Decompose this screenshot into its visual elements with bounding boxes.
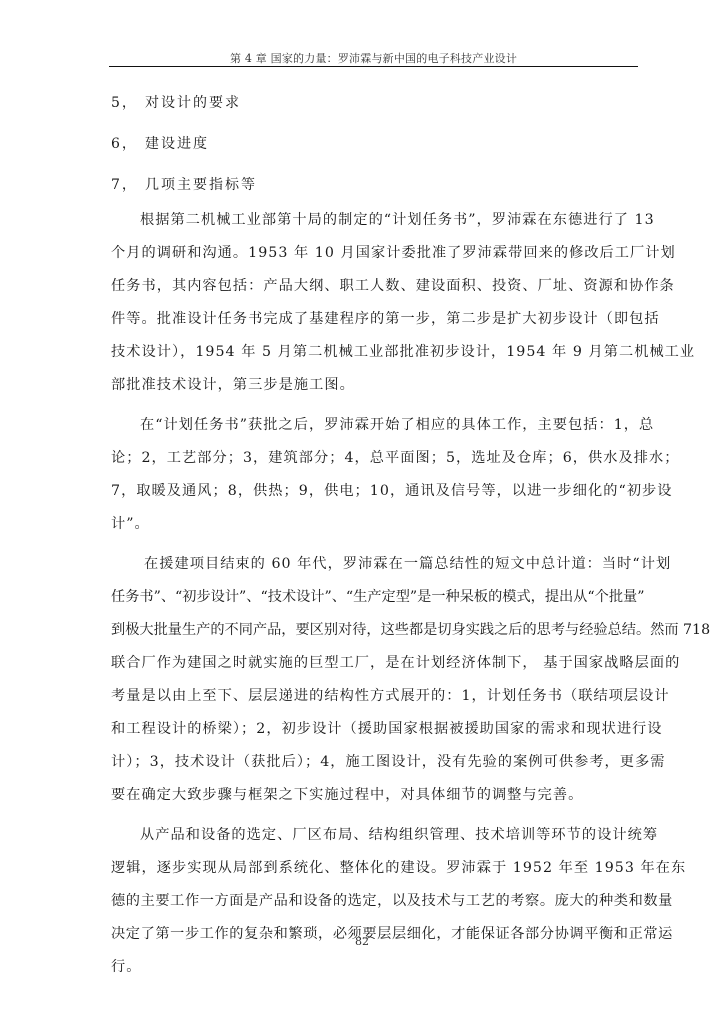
text-line: 7，取暖及通风；8，供热；9，供电；10，通讯及信号等，以进一步细化的“初步设 [111,482,673,500]
text-line: 论；2，工艺部分；3，建筑部分；4，总平面图；5，选址及仓库；6，供水及排水； [111,449,679,467]
list-text: 对设计的要求 [145,95,241,111]
text-line: 德的主要工作一方面是产品和设备的选定，以及技术与工艺的考察。庞大的种类和数量 [111,892,673,910]
text-line: 根据第二机械工业部第十局的制定的“计划任务书”，罗沛霖在东德进行了 13 [140,211,655,229]
text-line: 从产品和设备的选定、厂区布局、结构组织管理、技术培训等环节的设计统筹 [140,826,658,844]
text-line: 考量是以由上至下、层层递进的结构性方式展开的：1，计划任务书（联结项层设计 [111,687,670,705]
list-item: 7，几项主要指标等 [111,174,257,194]
page-number: 82 [0,935,724,948]
text-line: 要在确定大致步骤与框架之下实施过程中，对具体细节的调整与完善。 [111,786,583,804]
list-number: 5， [111,92,145,112]
text-line: 联合厂作为建国之时就实施的巨型工厂，是在计划经济体制下， 基于国家战略层面的 [111,654,680,672]
text-line: 在援建项目结束的 60 年代，罗沛霖在一篇总结性的短文中总计道：当时“计划 [144,555,671,573]
text-line: 和工程设计的桥梁）；2，初步设计（援助国家根据被援助国家的需求和现状进行设 [111,720,663,738]
text-line: 部批准技术设计，第三步是施工图。 [111,376,355,394]
text-line: 行。 [111,958,141,976]
text-line: 在“计划任务书”获批之后，罗沛霖开始了相应的具体工作，主要包括：1，总 [140,416,654,434]
text-line: 件等。批准设计任务书完成了基建程序的第一步，第二步是扩大初步设计（即包括 [111,310,660,328]
header-rule [109,66,638,67]
document-page: 第 4 章 国家的力量：罗沛霖与新中国的电子科技产业设计 5，对设计的要求 6，… [0,0,724,1023]
list-number: 6， [111,133,145,153]
text-line: 计）；3，技术设计（获批后）；4，施工图设计，没有先验的案例可供参考，更多需 [111,753,666,771]
text-line: 任务书”、“初步设计”、“技术设计”、“生产定型”是一种呆板的模式，提出从“个批… [111,588,644,606]
text-line: 计”。 [111,515,150,533]
running-header: 第 4 章 国家的力量：罗沛霖与新中国的电子科技产业设计 [109,50,638,66]
text-line: 任务书，其内容包括：产品大纲、职工人数、建设面积、投资、厂址、资源和协作条 [111,277,675,295]
text-line: 到极大批量生产的不同产品，要区别对待，这些都是切身实践之后的思考与经验总结。然而… [111,621,710,639]
text-line: 逻辑，逐步实现从局部到系统化、整体化的建设。罗沛霖于 1952 年至 1953 … [111,859,686,877]
list-number: 7， [111,174,145,194]
list-text: 建设进度 [145,136,209,152]
list-item: 5，对设计的要求 [111,92,241,112]
list-text: 几项主要指标等 [145,177,257,193]
list-item: 6，建设进度 [111,133,209,153]
text-line: 个月的调研和沟通。1953 年 10 月国家计委批准了罗沛霖带回来的修改后工厂计… [111,244,676,262]
text-line: 技术设计），1954 年 5 月第二机械工业部批准初步设计，1954 年 9 月… [111,343,695,361]
